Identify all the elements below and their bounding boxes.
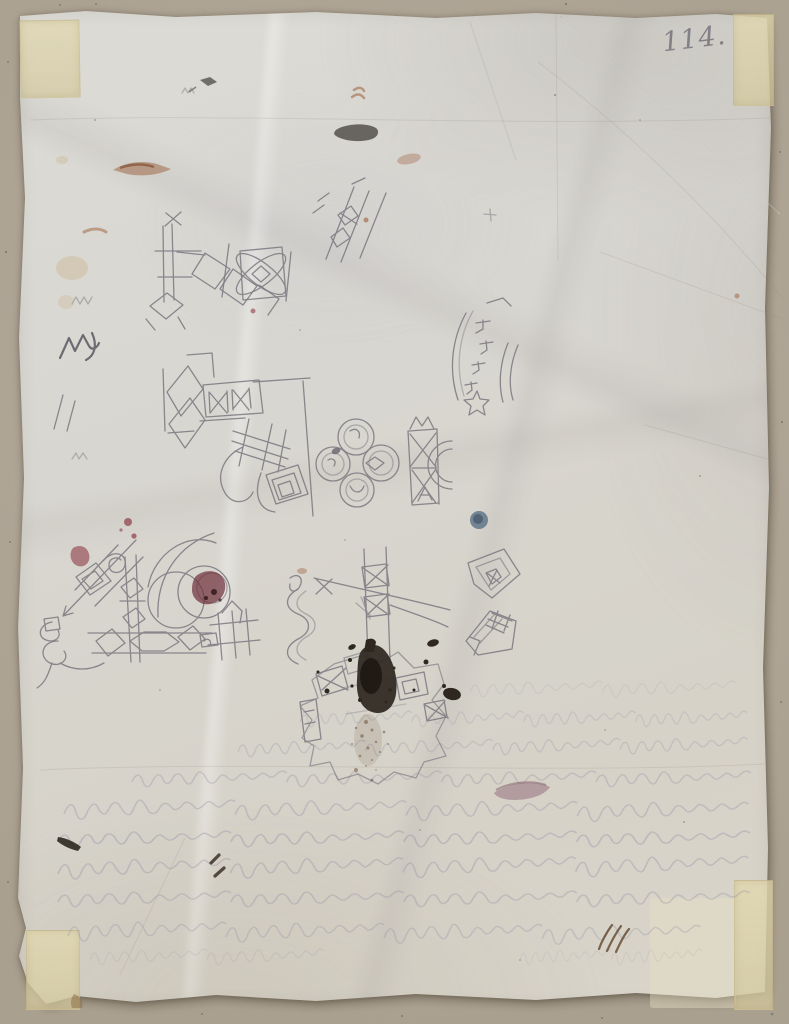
tape-top-left: [19, 19, 80, 98]
paper-sheet: [16, 8, 773, 1009]
paper-discoloration-patch: [650, 898, 736, 1008]
tape-bottom-right: [734, 880, 773, 1010]
archival-scan: 114.: [0, 0, 789, 1024]
tape-bottom-left: [26, 930, 80, 1010]
paper-sheet-shadow: [16, 8, 773, 1009]
